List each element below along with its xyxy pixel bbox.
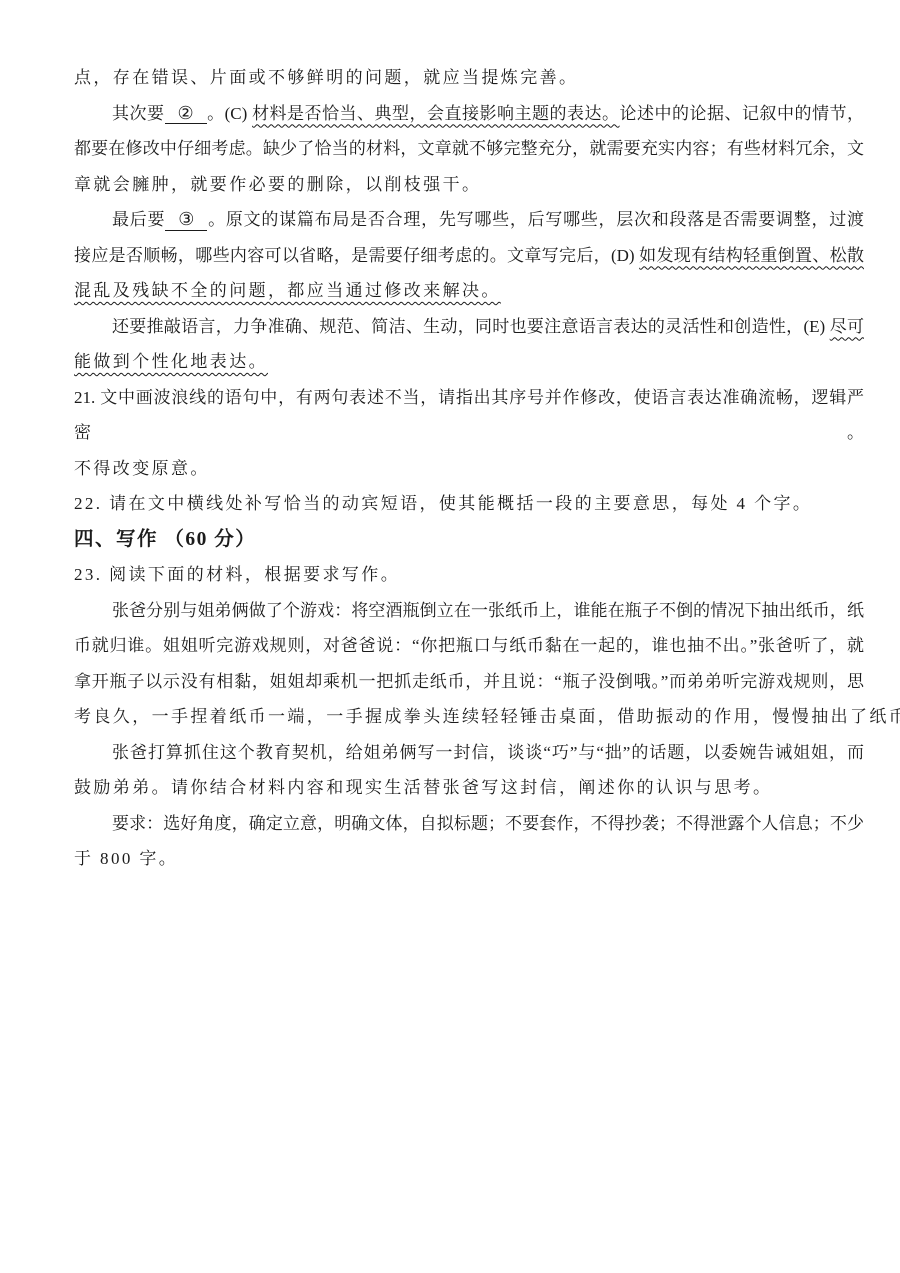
passage-paragraph4-line2: 能做到个性化地表达。	[74, 344, 864, 380]
passage-paragraph4-line1: 还要推敲语言，力争准确、规范、简洁、生动，同时也要注意语言表达的灵活性和创造性，…	[74, 309, 864, 345]
passage-paragraph2-line1: 其次要②。(C) 材料是否恰当、典型，会直接影响主题的表达。论述中的论据、记叙中…	[74, 96, 864, 132]
wavy-underlined-text: 能做到个性化地表达。	[74, 352, 268, 371]
text-run: 点，存在错误、片面或不够鲜明的问题，就应当提炼完善。	[74, 68, 578, 87]
text-run: 其次要	[112, 104, 165, 123]
question-23-prompt: 23. 阅读下面的材料，根据要求写作。	[74, 557, 864, 593]
text-run: 22. 请在文中横线处补写恰当的动宾短语，使其能概括一段的主要意思，每处 4 个…	[74, 494, 812, 513]
passage-paragraph3-line1: 最后要③。原文的谋篇布局是否合理，先写哪些，后写哪些，层次和段落是否需要调整，过…	[74, 202, 864, 238]
text-run: 。(C)	[207, 104, 252, 123]
essay-material-line5: 张爸打算抓住这个教育契机，给姐弟俩写一封信，谈谈“巧”与“拙”的话题，以委婉告诫…	[74, 735, 864, 771]
text-run: 23. 阅读下面的材料，根据要求写作。	[74, 565, 400, 584]
essay-material-line2: 币就归谁。姐姐听完游戏规则，对爸爸说：“你把瓶口与纸币黏在一起的，谁也抽不出。”…	[74, 628, 864, 664]
text-run: 。原文的谋篇布局是否合理，先写哪些，后写哪些，层次和段落是否需要调整，过渡	[207, 210, 864, 229]
section-heading-writing: 四、写作 （60 分）	[74, 522, 864, 558]
text-run: 鼓励弟弟。请你结合材料内容和现实生活替张爸写这封信，阐述你的认识与思考。	[74, 778, 772, 797]
question-22-line: 22. 请在文中横线处补写恰当的动宾短语，使其能概括一段的主要意思，每处 4 个…	[74, 486, 864, 522]
wavy-underlined-text: 混乱及残缺不全的问题，都应当通过修改来解决。	[74, 281, 501, 300]
passage-paragraph3-line2: 接应是否顺畅，哪些内容可以省略，是需要仔细考虑的。文章写完后，(D) 如发现有结…	[74, 238, 864, 274]
text-run: 不得改变原意。	[74, 459, 210, 478]
essay-material-line6: 鼓励弟弟。请你结合材料内容和现实生活替张爸写这封信，阐述你的认识与思考。	[74, 770, 864, 806]
wavy-underlined-text: 如发现有结构轻重倒置、松散	[639, 246, 864, 265]
passage-paragraph3-line3: 混乱及残缺不全的问题，都应当通过修改来解决。	[74, 273, 864, 309]
text-run: 最后要	[112, 210, 165, 229]
passage-paragraph1-last-line: 点，存在错误、片面或不够鲜明的问题，就应当提炼完善。	[74, 60, 864, 96]
text-run: 论述中的论据、记叙中的情节，	[620, 104, 864, 123]
essay-requirements-line2: 于 800 字。	[74, 841, 864, 877]
question-21-line2: 不得改变原意。	[74, 451, 864, 487]
exam-paper-page: 点，存在错误、片面或不够鲜明的问题，就应当提炼完善。其次要②。(C) 材料是否恰…	[0, 0, 900, 1273]
text-run: 都要在修改中仔细考虑。缺少了恰当的材料，文章就不够完整充分，就需要充实内容；有些…	[74, 139, 864, 158]
text-run: 章就会臃肿，就要作必要的删除，以削枝强干。	[74, 175, 481, 194]
text-run: 四、写作 （60 分）	[74, 529, 256, 550]
essay-material-line4: 考良久，一手捏着纸币一端，一手握成拳头连续轻轻锤击桌面，借助振动的作用，慢慢抽出…	[74, 699, 864, 735]
text-run: 21. 文中画波浪线的语句中，有两句表述不当，请指出其序号并作修改，使语言表达准…	[74, 388, 864, 443]
text-run: 接应是否顺畅，哪些内容可以省略，是需要仔细考虑的。文章写完后，(D)	[74, 246, 639, 265]
text-run: 张爸分别与姐弟俩做了个游戏：将空酒瓶倒立在一张纸币上，谁能在瓶子不倒的情况下抽出…	[112, 601, 864, 620]
text-run: 拿开瓶子以示没有相黏，姐姐却乘机一把抓走纸币，并且说：“瓶子没倒哦。”而弟弟听完…	[74, 672, 864, 691]
text-run: 要求：选好角度，确定立意，明确文体，自拟标题；不要套作，不得抄袭；不得泄露个人信…	[112, 814, 864, 833]
text-run: 币就归谁。姐姐听完游戏规则，对爸爸说：“你把瓶口与纸币黏在一起的，谁也抽不出。”…	[74, 636, 864, 655]
text-run: 考良久，一手捏着纸币一端，一手握成拳头连续轻轻锤击桌面，借助振动的作用，慢慢抽出…	[74, 707, 900, 726]
document-body: 点，存在错误、片面或不够鲜明的问题，就应当提炼完善。其次要②。(C) 材料是否恰…	[74, 60, 864, 877]
essay-material-line3: 拿开瓶子以示没有相黏，姐姐却乘机一把抓走纸币，并且说：“瓶子没倒哦。”而弟弟听完…	[74, 664, 864, 700]
essay-requirements-line1: 要求：选好角度，确定立意，明确文体，自拟标题；不要套作，不得抄袭；不得泄露个人信…	[74, 806, 864, 842]
blank-answer-slot: ③	[165, 209, 207, 231]
wavy-underlined-text: 材料是否恰当、典型，会直接影响主题的表达。	[252, 104, 619, 123]
essay-material-line1: 张爸分别与姐弟俩做了个游戏：将空酒瓶倒立在一张纸币上，谁能在瓶子不倒的情况下抽出…	[74, 593, 864, 629]
text-run: 张爸打算抓住这个教育契机，给姐弟俩写一封信，谈谈“巧”与“拙”的话题，以委婉告诫…	[112, 743, 864, 762]
text-run: 于 800 字。	[74, 849, 178, 868]
passage-paragraph2-line2: 都要在修改中仔细考虑。缺少了恰当的材料，文章就不够完整充分，就需要充实内容；有些…	[74, 131, 864, 167]
blank-answer-slot: ②	[165, 103, 207, 125]
wavy-underlined-text: 尽可	[830, 317, 864, 336]
passage-paragraph2-line3: 章就会臃肿，就要作必要的删除，以削枝强干。	[74, 167, 864, 203]
question-21-line1: 21. 文中画波浪线的语句中，有两句表述不当，请指出其序号并作修改，使语言表达准…	[74, 380, 864, 451]
text-run: 还要推敲语言，力争准确、规范、简洁、生动，同时也要注意语言表达的灵活性和创造性，…	[112, 317, 830, 336]
